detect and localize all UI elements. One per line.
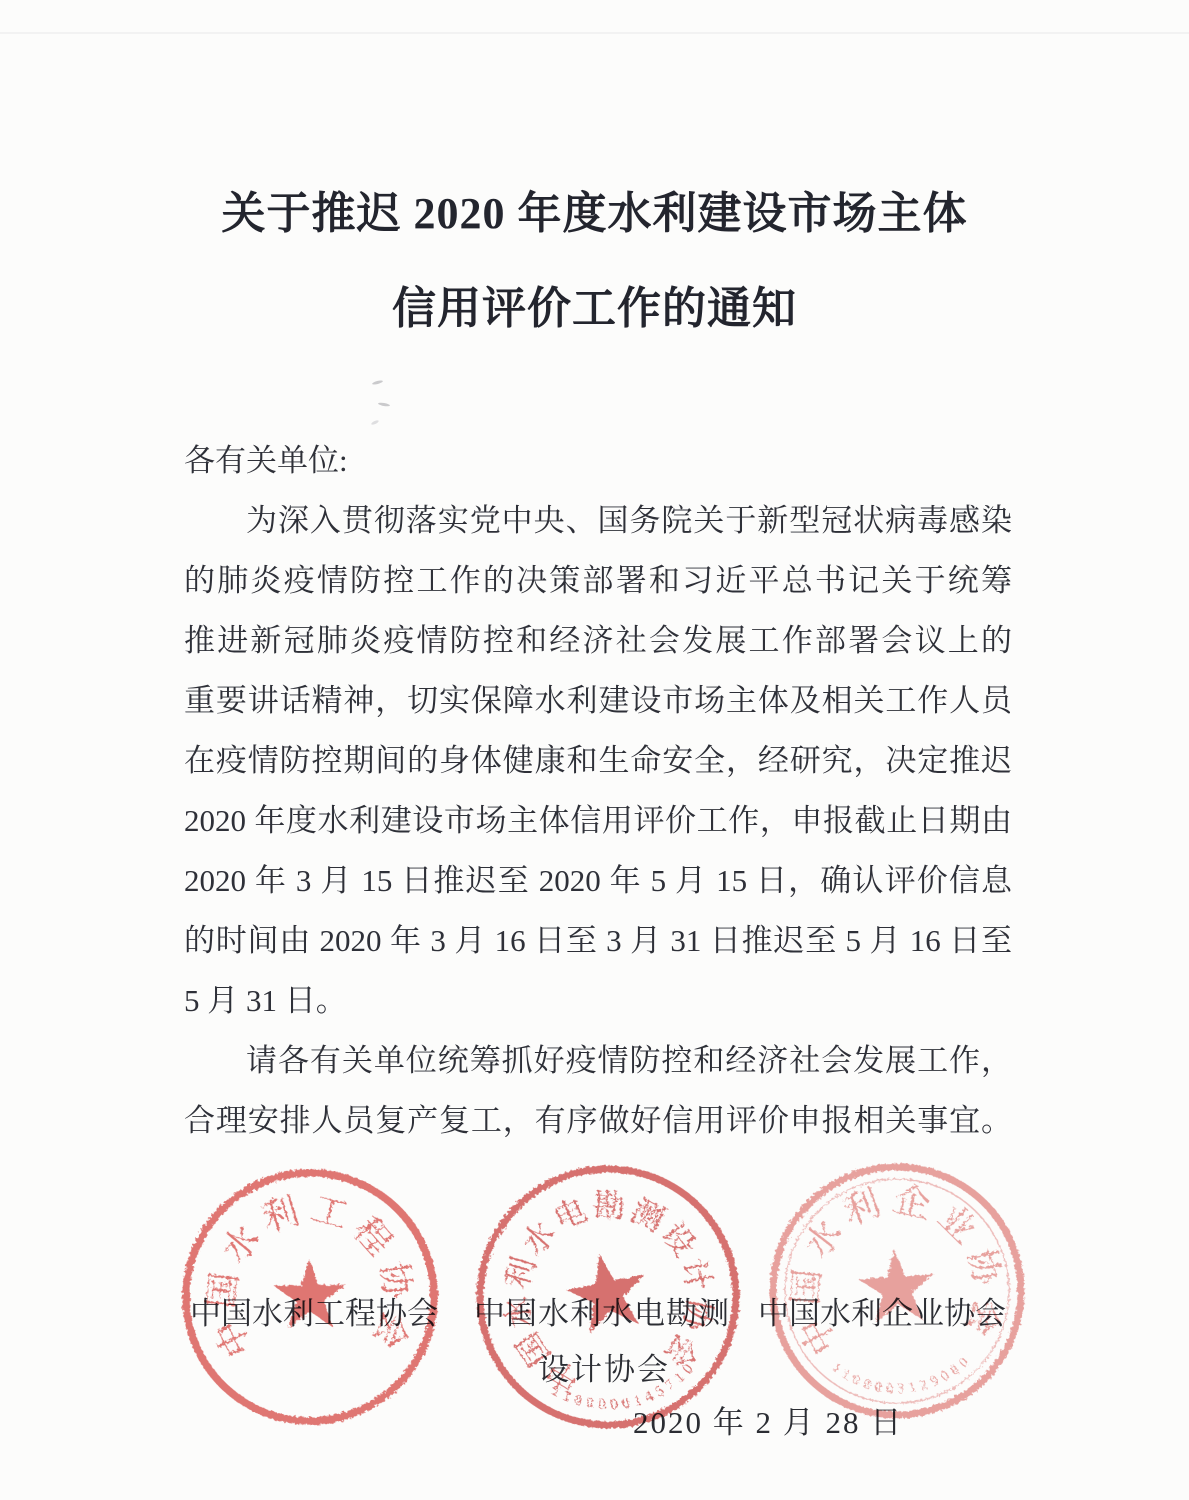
document-title-line-1: 关于推迟 2020 年度水利建设市场主体	[0, 192, 1189, 236]
body-line: 2020 年度水利建设市场主体信用评价工作，申报截止日期由	[184, 791, 1012, 851]
scan-smudge	[372, 380, 383, 386]
body-line: 的时间由 2020 年 3 月 16 日至 3 月 31 日推迟至 5 月 16…	[184, 911, 1012, 971]
body-line: 重要讲话精神，切实保障水利建设市场主体及相关工作人员	[184, 671, 1012, 731]
scanned-notice-page: 关于推迟 2020 年度水利建设市场主体 信用评价工作的通知 各有关单位: 为深…	[0, 0, 1189, 1500]
seal-ring	[765, 1159, 1030, 1424]
body-line: 为深入贯彻落实党中央、国务院关于新型冠状病毒感染	[184, 491, 1012, 551]
signature-org-2-line-1: 中国水利水电勘测	[474, 1295, 730, 1332]
body-line: 5 月 31 日。	[184, 971, 1012, 1031]
signature-date: 2020 年 2 月 28 日	[633, 1404, 903, 1441]
scan-smudge	[378, 402, 390, 407]
document-body: 各有关单位: 为深入贯彻落实党中央、国务院关于新型冠状病毒感染 的肺炎疫情防控工…	[184, 431, 1012, 1151]
body-line: 推进新冠肺炎疫情防控和经济社会发展工作部署会议上的	[184, 611, 1012, 671]
svg-text:中国水利企业协会: 中国水利企业协会	[777, 1172, 1013, 1363]
seal-ring-text: 中国水利企业协会	[777, 1172, 1013, 1363]
svg-text:1100003129080: 1100003129080	[828, 1351, 977, 1402]
scan-smudge	[371, 419, 380, 425]
body-line: 2020 年 3 月 15 日推迟至 2020 年 5 月 15 日，确认评价信…	[184, 851, 1012, 911]
body-line: 合理安排人员复产复工，有序做好信用评价申报相关事宜。	[184, 1091, 1012, 1151]
seal-registration-number: 1100003129080	[828, 1351, 977, 1402]
seal-ring-text: 中国水利工程协会	[199, 1186, 420, 1364]
body-line: 请各有关单位统筹抓好疫情防控和经济社会发展工作，	[184, 1031, 1012, 1091]
svg-text:中国水利工程协会: 中国水利工程协会	[199, 1186, 420, 1364]
document-title-line-2: 信用评价工作的通知	[0, 287, 1189, 331]
salutation: 各有关单位:	[184, 431, 1012, 491]
body-line: 在疫情防控期间的身体健康和生命安全，经研究，决定推迟	[184, 731, 1012, 791]
signature-org-1: 中国水利工程协会	[190, 1295, 438, 1332]
signature-org-3: 中国水利企业协会	[758, 1295, 1006, 1332]
scan-streak	[0, 32, 1189, 34]
body-line: 的肺炎疫情防控工作的决策部署和习近平总书记关于统筹	[184, 551, 1012, 611]
official-seal-enterprise-association: 中国水利企业协会 1100003129080	[755, 1149, 1039, 1433]
signature-org-2-line-2: 设计协会	[538, 1351, 670, 1388]
seal-inner-ring	[777, 1171, 1016, 1410]
